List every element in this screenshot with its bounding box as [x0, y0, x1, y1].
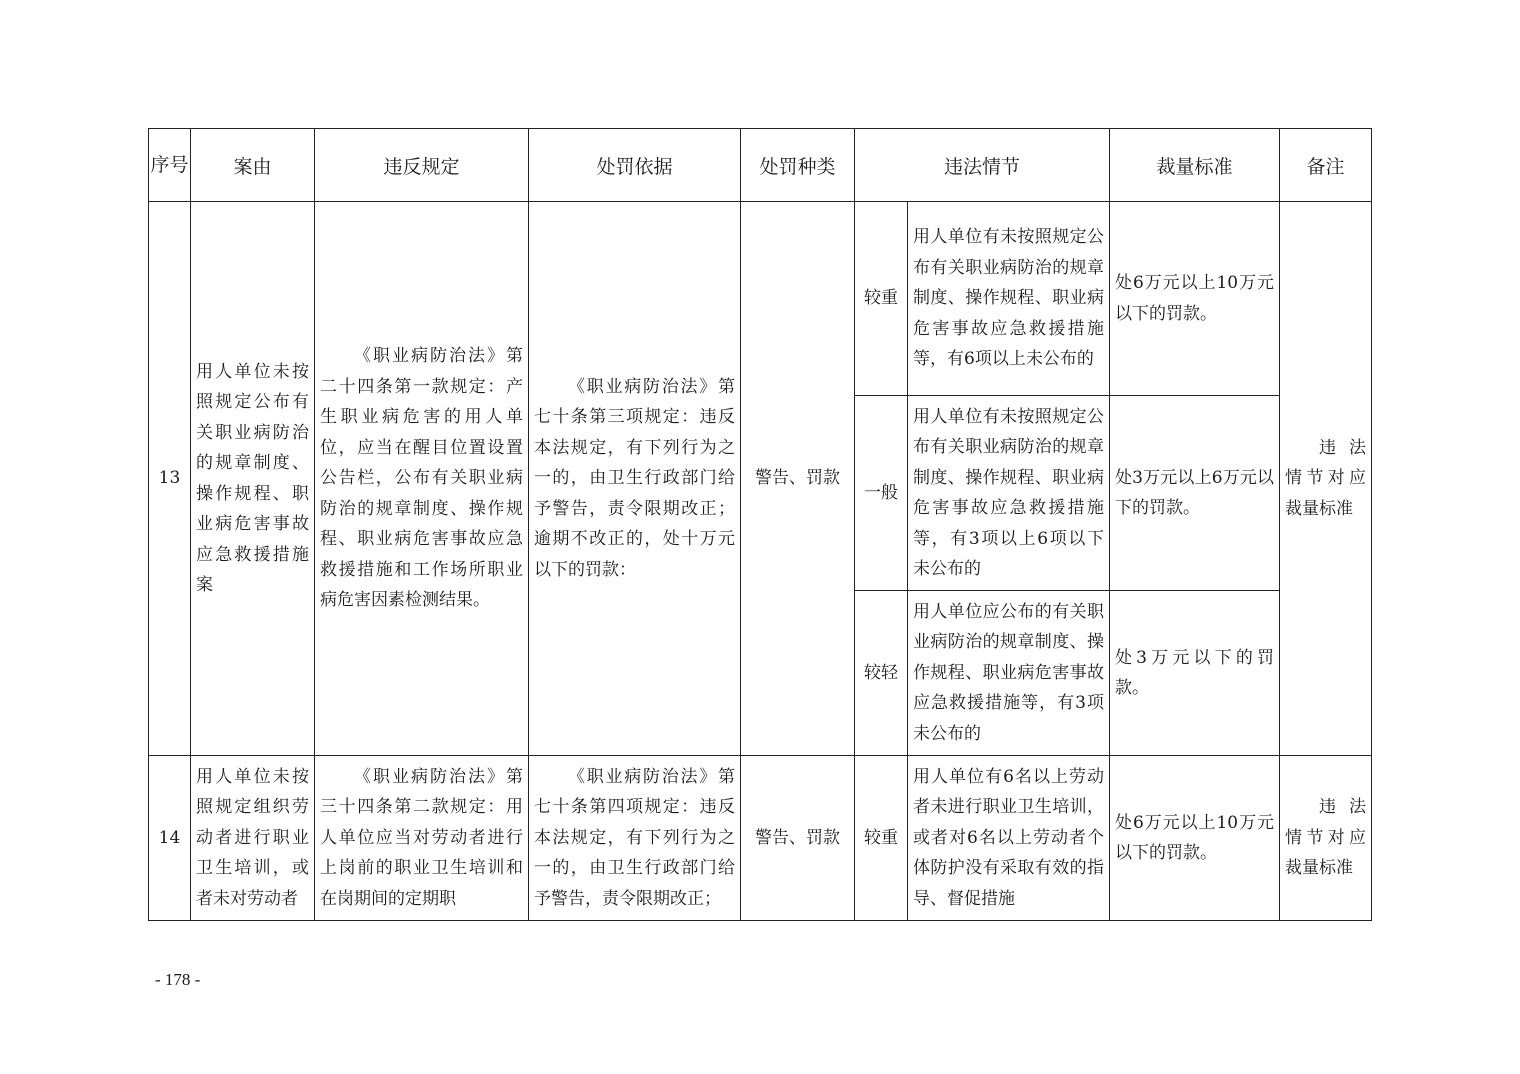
level-label: 较重 — [855, 202, 908, 396]
penalty-discretion-table: 序号 案由 违反规定 处罚依据 处罚种类 违法情节 裁量标准 备注 13 用人单… — [148, 128, 1372, 921]
row-cause: 用人单位未按照规定公布有关职业病防治的规章制度、操作规程、职业病危害事故应急救援… — [191, 202, 315, 756]
header-violation: 违反规定 — [315, 129, 529, 202]
header-standard: 裁量标准 — [1110, 129, 1280, 202]
cause-text: 用人单位未按照规定组织劳动者进行职业卫生培训，或者未对劳动者 — [191, 758, 314, 919]
basis-text: 《职业病防治法》第七十条第四项规定：违反本法规定，有下列行为之一的，由卫生行政部… — [529, 758, 740, 919]
violation-text: 《职业病防治法》第三十四条第二款规定：用人单位应当对劳动者进行上岗前的职业卫生培… — [315, 758, 528, 919]
basis-text: 《职业病防治法》第七十条第三项规定：违反本法规定，有下列行为之一的，由卫生行政部… — [529, 368, 740, 590]
page-number: - 178 - — [155, 970, 200, 990]
level-standard: 处6万元以上10万元以下的罚款。 — [1110, 202, 1280, 396]
level-standard: 处3万元以下的罚款。 — [1110, 591, 1280, 756]
header-remark: 备注 — [1280, 129, 1372, 202]
document-page: 序号 案由 违反规定 处罚依据 处罚种类 违法情节 裁量标准 备注 13 用人单… — [0, 0, 1520, 1074]
table-row: 14 用人单位未按照规定组织劳动者进行职业卫生培训，或者未对劳动者 《职业病防治… — [149, 756, 1372, 921]
row-no: 14 — [149, 756, 191, 921]
remark-text: 违法情节对应裁量标准 — [1280, 788, 1371, 888]
row-type: 警告、罚款 — [741, 202, 855, 756]
row-cause: 用人单位未按照规定组织劳动者进行职业卫生培训，或者未对劳动者 — [191, 756, 315, 921]
table-row: 13 用人单位未按照规定公布有关职业病防治的规章制度、操作规程、职业病危害事故应… — [149, 202, 1372, 396]
row-basis: 《职业病防治法》第七十条第三项规定：违反本法规定，有下列行为之一的，由卫生行政部… — [529, 202, 741, 756]
header-basis: 处罚依据 — [529, 129, 741, 202]
level-circumstance: 用人单位有未按照规定公布有关职业病防治的规章制度、操作规程、职业病危害事故应急救… — [908, 396, 1110, 591]
circumstance-text: 用人单位应公布的有关职业病防治的规章制度、操作规程、职业病危害事故应急救援措施等… — [908, 593, 1109, 754]
header-no: 序号 — [149, 129, 191, 202]
header-type: 处罚种类 — [741, 129, 855, 202]
level-circumstance: 用人单位有6名以上劳动者未进行职业卫生培训，或者对6名以上劳动者个体防护没有采取… — [908, 756, 1110, 921]
level-standard: 处3万元以上6万元以下的罚款。 — [1110, 396, 1280, 591]
header-circumstance: 违法情节 — [855, 129, 1110, 202]
level-circumstance: 用人单位有未按照规定公布有关职业病防治的规章制度、操作规程、职业病危害事故应急救… — [908, 202, 1110, 396]
standard-text: 处6万元以上10万元以下的罚款。 — [1110, 264, 1279, 333]
header-row: 序号 案由 违反规定 处罚依据 处罚种类 违法情节 裁量标准 备注 — [149, 129, 1372, 202]
level-label: 较重 — [855, 756, 908, 921]
circumstance-text: 用人单位有6名以上劳动者未进行职业卫生培训，或者对6名以上劳动者个体防护没有采取… — [908, 758, 1109, 919]
cause-text: 用人单位未按照规定公布有关职业病防治的规章制度、操作规程、职业病危害事故应急救援… — [191, 353, 314, 605]
circumstance-text: 用人单位有未按照规定公布有关职业病防治的规章制度、操作规程、职业病危害事故应急救… — [908, 398, 1109, 589]
header-cause: 案由 — [191, 129, 315, 202]
level-label: 较轻 — [855, 591, 908, 756]
row-violation: 《职业病防治法》第三十四条第二款规定：用人单位应当对劳动者进行上岗前的职业卫生培… — [315, 756, 529, 921]
violation-text: 《职业病防治法》第二十四条第一款规定：产生职业病危害的用人单位，应当在醒目位置设… — [315, 337, 528, 620]
remark-text: 违法情节对应裁量标准 — [1280, 429, 1371, 529]
standard-text: 处3万元以下的罚款。 — [1110, 639, 1279, 708]
row-remark: 违法情节对应裁量标准 — [1280, 756, 1372, 921]
row-type: 警告、罚款 — [741, 756, 855, 921]
standard-text: 处3万元以上6万元以下的罚款。 — [1110, 459, 1279, 528]
row-violation: 《职业病防治法》第二十四条第一款规定：产生职业病危害的用人单位，应当在醒目位置设… — [315, 202, 529, 756]
row-no: 13 — [149, 202, 191, 756]
standard-text: 处6万元以上10万元以下的罚款。 — [1110, 804, 1279, 873]
row-remark: 违法情节对应裁量标准 — [1280, 202, 1372, 756]
level-label: 一般 — [855, 396, 908, 591]
row-basis: 《职业病防治法》第七十条第四项规定：违反本法规定，有下列行为之一的，由卫生行政部… — [529, 756, 741, 921]
level-standard: 处6万元以上10万元以下的罚款。 — [1110, 756, 1280, 921]
circumstance-text: 用人单位有未按照规定公布有关职业病防治的规章制度、操作规程、职业病危害事故应急救… — [908, 218, 1109, 379]
level-circumstance: 用人单位应公布的有关职业病防治的规章制度、操作规程、职业病危害事故应急救援措施等… — [908, 591, 1110, 756]
